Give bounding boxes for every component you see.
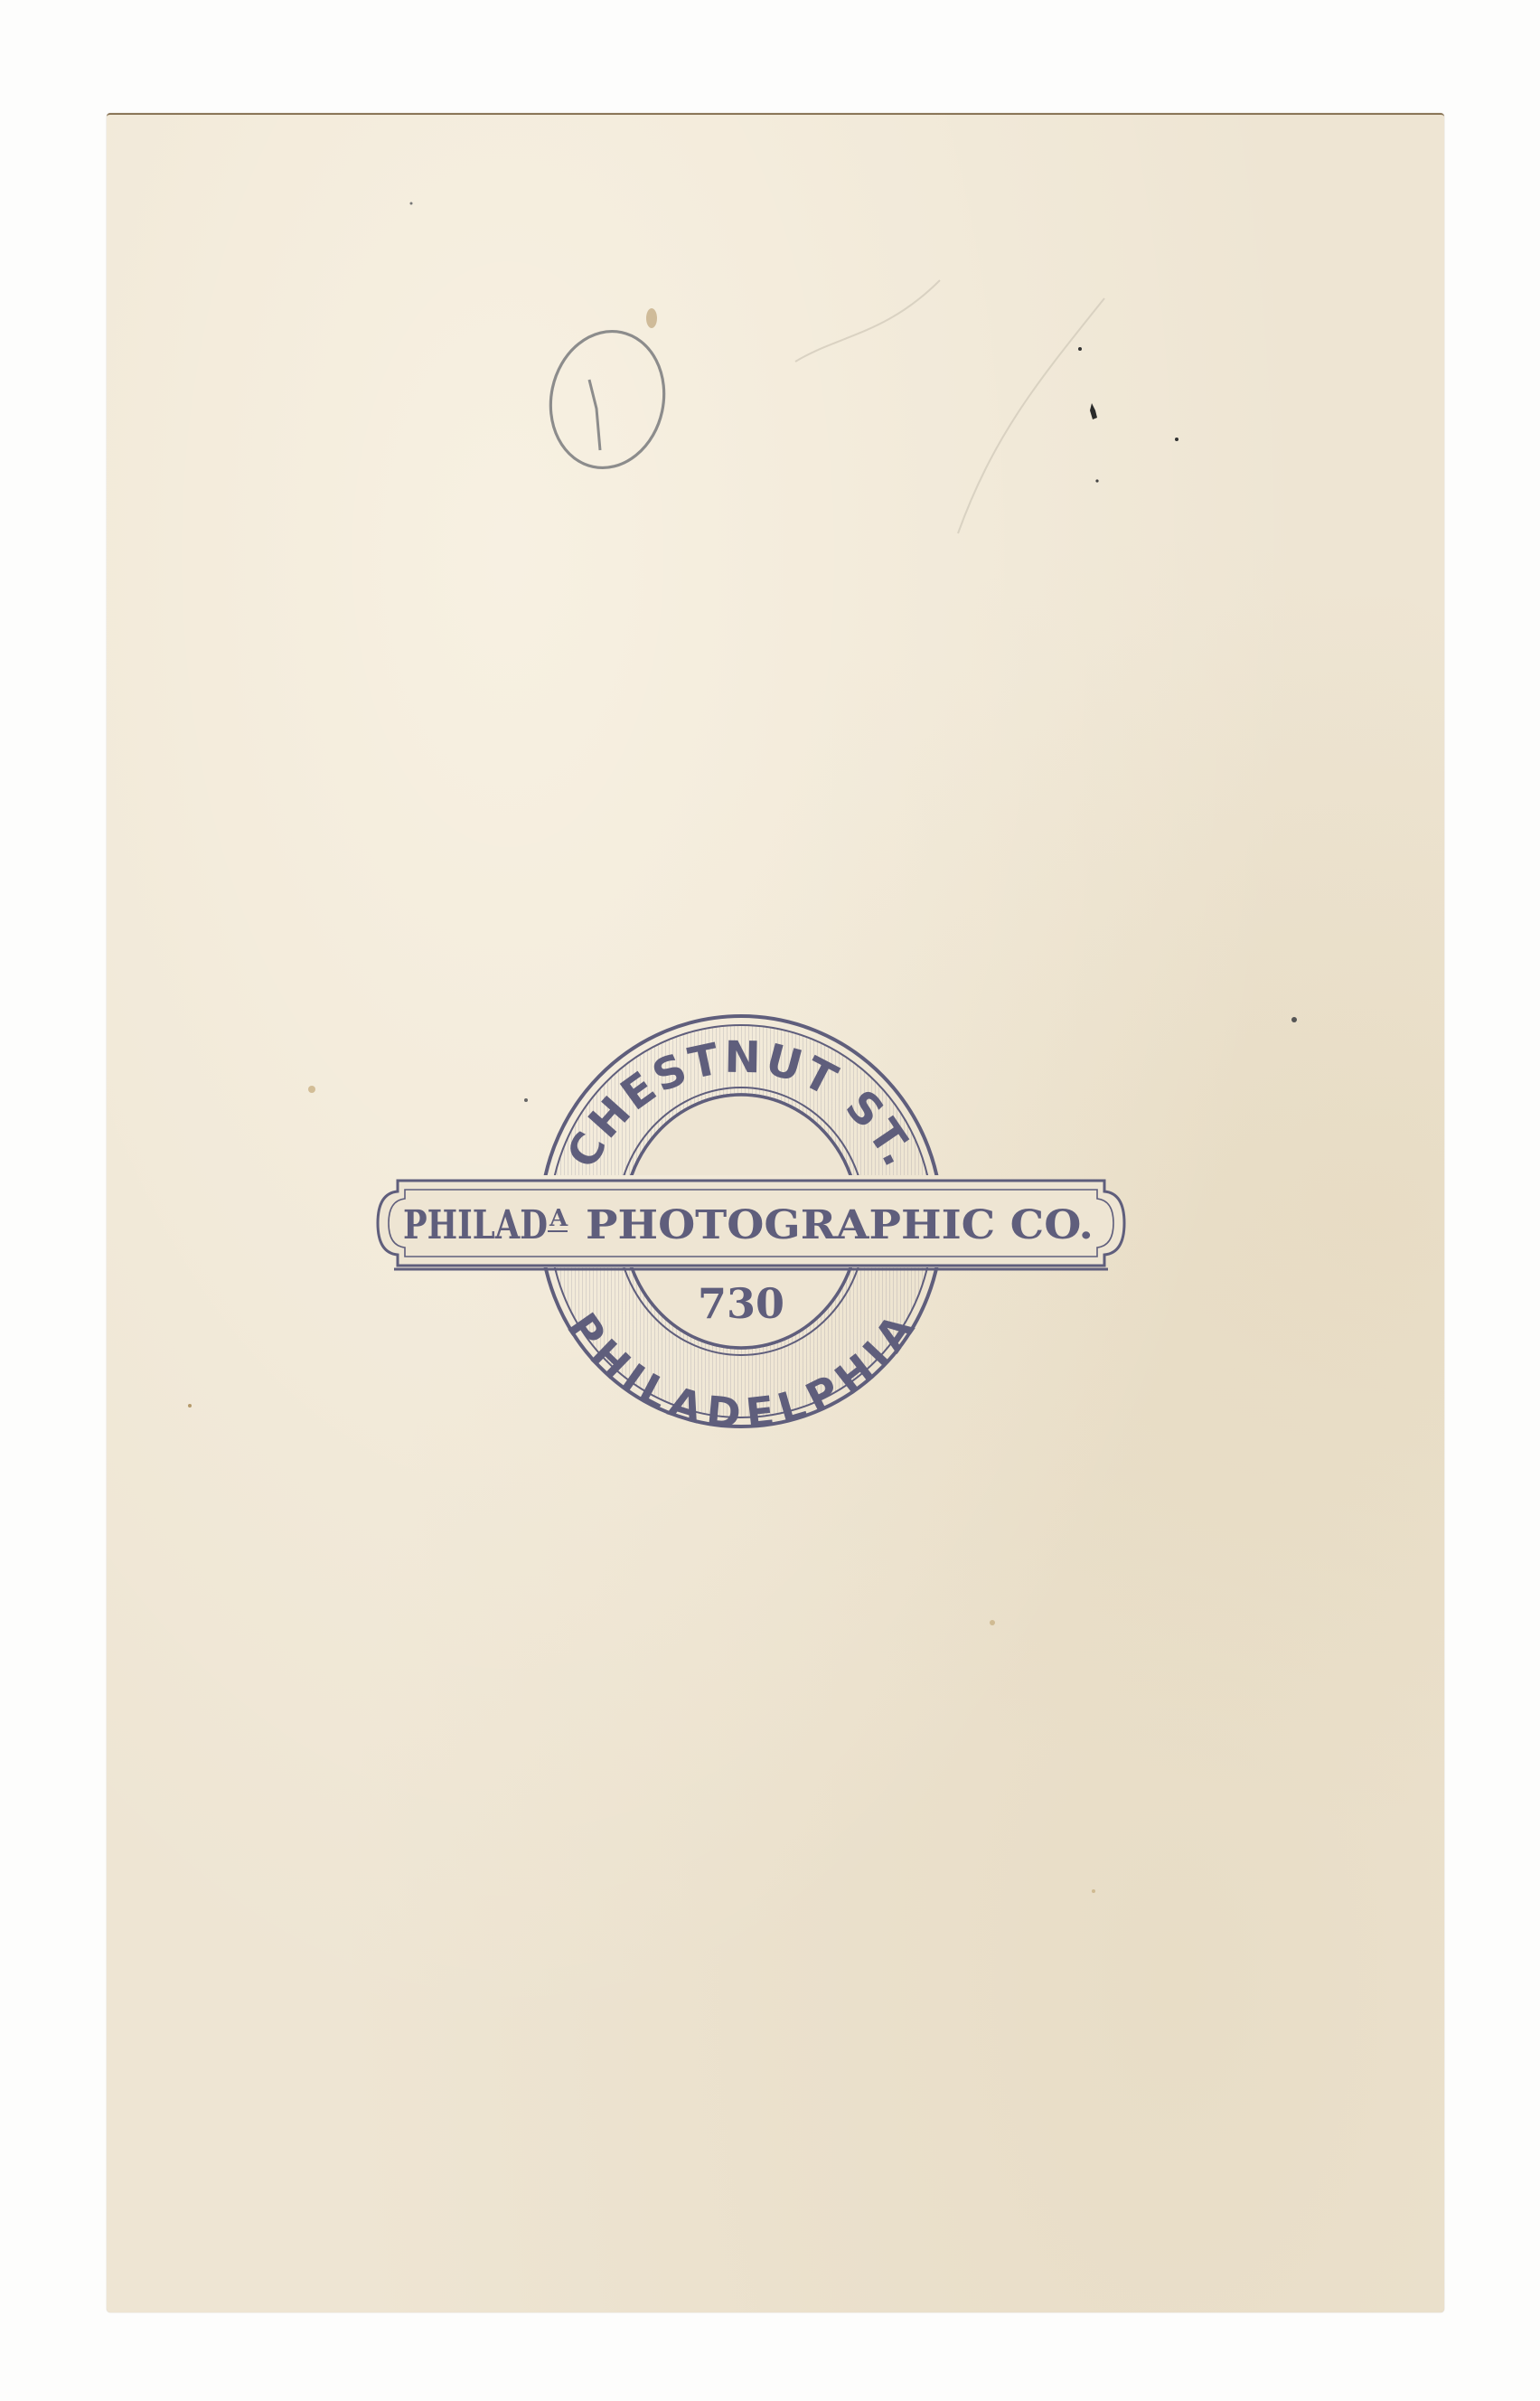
banner-word-philad: PHILAD — [403, 1202, 548, 1248]
street-number: 730 — [698, 1279, 784, 1328]
banner-company-name: PHOTOGRAPHIC CO. — [586, 1202, 1094, 1248]
banner-superscript: A — [549, 1205, 568, 1232]
annotation-text: 1 — [607, 413, 608, 415]
circled-number-annotation: 1 — [539, 321, 677, 478]
photographer-imprint-stamp: CHESTNUT ST. PHILADELPHIA PHILAD A PHOTO… — [378, 1016, 1124, 1438]
card-markings: 1 CHESTNUT ST. PHILADELPHIA PHILAD A — [0, 0, 1540, 2401]
faint-pencil-marks — [795, 280, 1104, 533]
stamp-banner: PHILAD A PHOTOGRAPHIC CO. — [378, 1181, 1124, 1269]
